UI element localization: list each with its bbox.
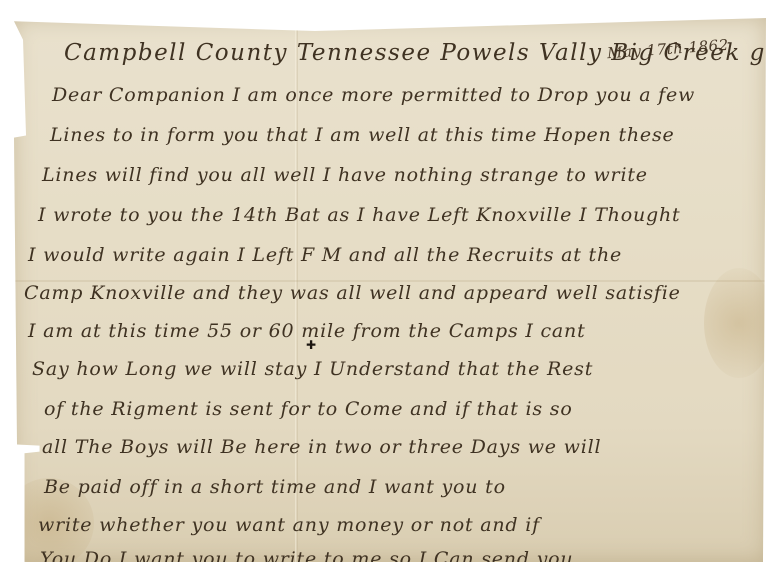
letter-line: write whether you want any money or not … — [38, 514, 540, 536]
letter-line: Say how Long we will stay I Understand t… — [32, 358, 593, 380]
letter-line: Be paid off in a short time and I want y… — [44, 476, 506, 498]
letter-line: of the Rigment is sent for to Come and i… — [44, 398, 573, 420]
letter-line: Lines to in form you that I am well at t… — [50, 124, 675, 146]
letter-line: I wrote to you the 14th Bat as I have Le… — [38, 204, 680, 226]
letter-paper: May 17th 1862 Campbell County Tennessee … — [14, 18, 766, 562]
letter-line: all The Boys will Be here in two or thre… — [42, 436, 601, 458]
letter-line: Lines will find you all well I have noth… — [42, 164, 648, 186]
letter-line: Camp Knoxville and they was all well and… — [24, 282, 681, 304]
letter-line-heading: Campbell County Tennessee Powels Vally B… — [64, 40, 777, 66]
paper-stain — [704, 268, 774, 378]
pinhole-mark: ✚ — [306, 338, 316, 352]
letter-line: I would write again I Left F M and all t… — [28, 244, 622, 266]
letter-line: You Do I want you to write to me so I Ca… — [40, 548, 573, 569]
letter-line: Dear Companion I am once more permitted … — [52, 84, 695, 106]
